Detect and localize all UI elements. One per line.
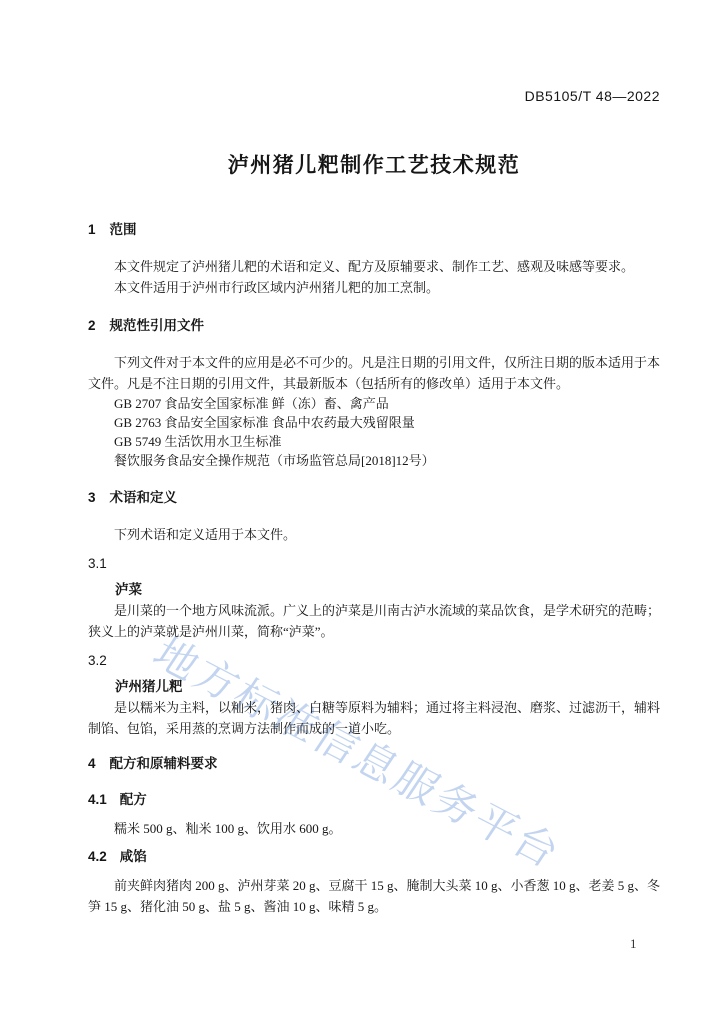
section-1-number: 1	[88, 222, 96, 237]
section-3-heading: 3术语和定义	[88, 489, 660, 507]
section-4-heading: 4配方和原辅料要求	[88, 755, 660, 773]
section-2-number: 2	[88, 318, 96, 333]
subsection-4-2-title: 咸馅	[120, 849, 147, 864]
section-4-title: 配方和原辅料要求	[110, 756, 218, 771]
document-title: 泸州猪儿粑制作工艺技术规范	[88, 152, 660, 180]
section-3-number: 3	[88, 490, 96, 505]
section-1-heading: 1范围	[88, 221, 660, 239]
term-3-2-name: 泸州猪儿粑	[88, 676, 660, 697]
subsection-4-1-number: 4.1	[88, 792, 107, 807]
page-number: 1	[630, 936, 637, 952]
section-2-heading: 2规范性引用文件	[88, 317, 660, 335]
subsection-4-2-number: 4.2	[88, 849, 107, 864]
page-content: DB5105/T 48—2022 泸州猪儿粑制作工艺技术规范 1范围 本文件规定…	[0, 88, 724, 917]
subsection-4-1-paragraph: 糯米 500 g、籼米 100 g、饮用水 600 g。	[88, 818, 660, 839]
term-3-1-number: 3.1	[88, 553, 660, 574]
term-3-2-definition: 是以糯米为主料，以籼米，猪肉、白糖等原料为辅料；通过将主料浸泡、磨浆、过滤沥干，…	[88, 697, 660, 739]
subsection-4-1-heading: 4.1配方	[88, 791, 660, 809]
subsection-4-2-paragraph: 前夹鲜肉猪肉 200 g、泸州芽菜 20 g、豆腐干 15 g、腌制大头菜 10…	[88, 875, 660, 917]
section-3-title: 术语和定义	[110, 490, 178, 505]
reference-item: GB 2763 食品安全国家标准 食品中农药最大残留限量	[88, 413, 660, 432]
term-3-1-definition: 是川菜的一个地方风味流派。广义上的泸菜是川南古泸水流域的菜品饮食，是学术研究的范…	[88, 600, 660, 642]
section-1-paragraph: 本文件适用于泸州市行政区域内泸州猪儿粑的加工烹制。	[88, 277, 660, 298]
term-3-2-number: 3.2	[88, 650, 660, 671]
subsection-4-2-heading: 4.2咸馅	[88, 848, 660, 866]
document-page: 地方标准信息服务平台 DB5105/T 48—2022 泸州猪儿粑制作工艺技术规…	[0, 0, 724, 1024]
section-2-paragraph: 下列文件对于本文件的应用是必不可少的。凡是注日期的引用文件，仅所注日期的版本适用…	[88, 352, 660, 394]
section-1-paragraph: 本文件规定了泸州猪儿粑的术语和定义、配方及原辅要求、制作工艺、感观及味感等要求。	[88, 256, 660, 277]
term-3-1-name: 泸菜	[88, 579, 660, 600]
section-4-number: 4	[88, 756, 96, 771]
section-1-title: 范围	[110, 222, 137, 237]
reference-item: GB 2707 食品安全国家标准 鲜（冻）畜、禽产品	[88, 394, 660, 413]
standard-number: DB5105/T 48—2022	[88, 88, 660, 104]
section-2-title: 规范性引用文件	[110, 318, 205, 333]
normative-references-list: GB 2707 食品安全国家标准 鲜（冻）畜、禽产品 GB 2763 食品安全国…	[88, 394, 660, 470]
reference-item: GB 5749 生活饮用水卫生标准	[88, 432, 660, 451]
section-3-paragraph: 下列术语和定义适用于本文件。	[88, 524, 660, 545]
subsection-4-1-title: 配方	[120, 792, 147, 807]
reference-item: 餐饮服务食品安全操作规范（市场监管总局[2018]12号）	[88, 451, 660, 470]
